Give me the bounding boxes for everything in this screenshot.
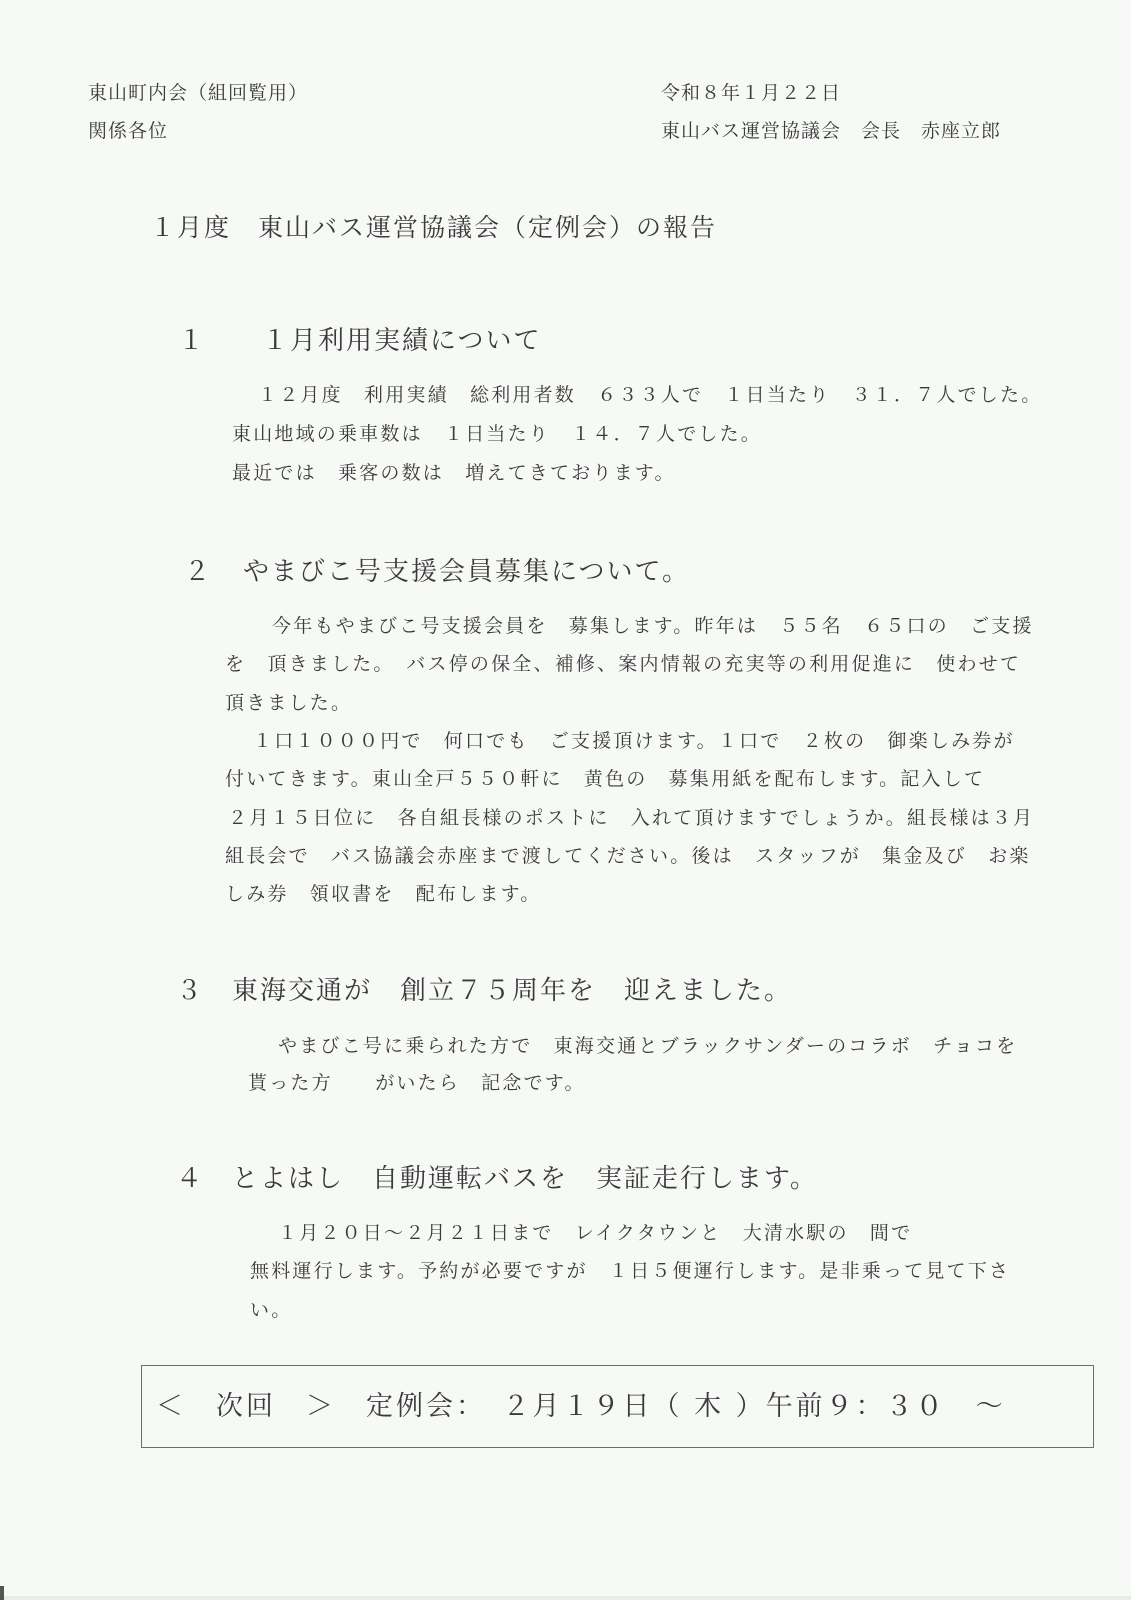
body-line: しみ券 領収書を 配布します。	[225, 879, 541, 906]
body-line: １口１０００円で 何口でも ご支援頂けます。１口で ２枚の 御楽しみ券が	[253, 726, 1015, 753]
body-line: 東山地域の乗車数は １日当たり １４．７人でした。	[232, 419, 762, 446]
body-line: 付いてきます。東山全戸５５０軒に 黄色の 募集用紙を配布します。記入して	[225, 764, 985, 791]
scan-edge-mark	[0, 1586, 4, 1600]
body-line: 頂きました。	[225, 688, 352, 715]
recipient-line: 関係各位	[88, 116, 168, 143]
section-number: ３	[176, 970, 204, 1007]
body-line: １２月度 利用実績 総利用者数 ６３３人で １日当たり ３１．７人でした。	[258, 380, 1042, 407]
body-line: い。	[250, 1295, 292, 1322]
section-heading: １月利用実績について	[262, 320, 541, 357]
section-heading: 東海交通が 創立７５周年を 迎えました。	[232, 970, 792, 1007]
recipient-group: 東山町内会（組回覧用）	[88, 78, 308, 105]
body-line: を 頂きました。 バス停の保全、補修、案内情報の充実等の利用促進に 使わせて	[225, 649, 1021, 676]
next-meeting-text: ＜ 次回 ＞ 定例会： ２月１９日（ 木 ）午前９：３０ ～	[156, 1384, 1006, 1423]
scan-edge-bottom	[0, 1596, 1131, 1600]
body-line: 今年もやまびこ号支援会員を 募集します。昨年は ５５名 ６５口の ご支援	[272, 611, 1034, 638]
section-heading: とよはし 自動運転バスを 実証走行します。	[232, 1158, 818, 1195]
body-line: ２月１５日位に 各自組長様のポストに 入れて頂けますでしょうか。組長様は３月	[228, 803, 1034, 830]
section-number: ４	[176, 1158, 204, 1195]
body-line: 貰った方 がいたら 記念です。	[248, 1068, 586, 1095]
document-date: 令和８年１月２２日	[661, 78, 841, 105]
next-meeting-box: ＜ 次回 ＞ 定例会： ２月１９日（ 木 ）午前９：３０ ～	[141, 1365, 1094, 1448]
body-line: 最近では 乗客の数は 増えてきております。	[232, 458, 676, 485]
body-line: １月２０日～２月２１日まで レイクタウンと 大清水駅の 間で	[278, 1218, 912, 1245]
body-line: 組長会で バス協議会赤座まで渡してください。後は スタッフが 集金及び お楽	[225, 841, 1031, 868]
body-line: 無料運行します。予約が必要ですが １日５便運行します。是非乗って見て下さ	[250, 1256, 1010, 1283]
sender-name: 東山バス運営協議会 会長 赤座立郎	[661, 116, 1001, 143]
section-number: ２	[184, 551, 212, 588]
page-title: １月度 東山バス運営協議会（定例会）の報告	[150, 208, 717, 244]
section-heading: やまびこ号支援会員募集について。	[243, 551, 690, 588]
section-number: １	[178, 320, 206, 357]
body-line: やまびこ号に乗られた方で 東海交通とブラックサンダーのコラボ チョコを	[278, 1031, 1017, 1058]
